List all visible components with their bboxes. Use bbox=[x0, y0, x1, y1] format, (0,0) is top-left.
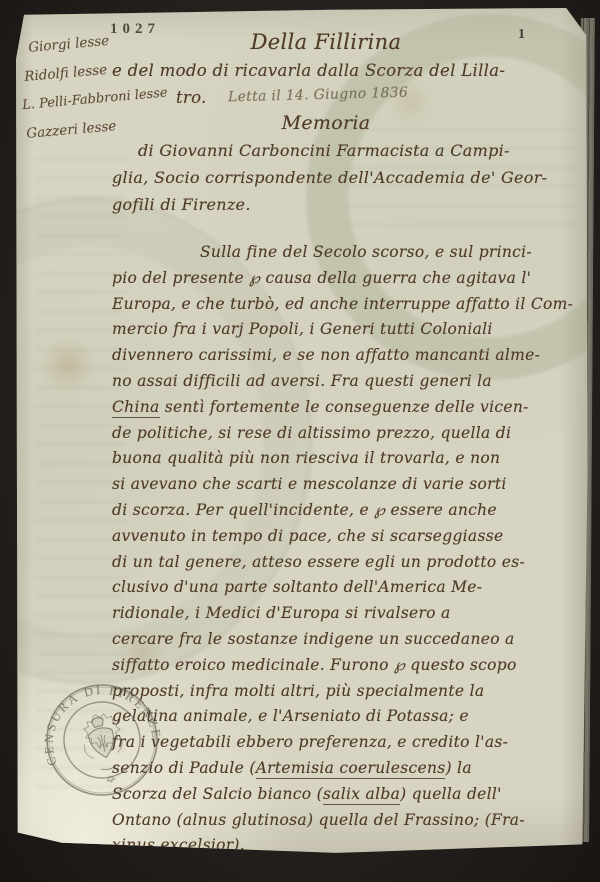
manuscript-line: di scorza. Per quell'incidente, e ℘ esse… bbox=[112, 498, 588, 524]
text-segment: pio del presente ℘ causa della guerra ch… bbox=[112, 269, 531, 287]
memoria-heading: Memoria bbox=[136, 112, 516, 134]
stamp-coat-of-arms bbox=[77, 710, 129, 774]
manuscript-line: mercio fra i varj Popoli, i Generi tutti… bbox=[112, 317, 588, 343]
document-title: Della Fillirina bbox=[136, 30, 516, 54]
manuscript-line: cercare fra le sostanze indigene un succ… bbox=[112, 627, 588, 653]
body-lines: Sulla fine del Secolo scorso, e sul prin… bbox=[112, 240, 588, 859]
text-segment: buona qualità più non riesciva il trovar… bbox=[112, 449, 500, 467]
manuscript-line: proposti, infra molti altri, più special… bbox=[112, 679, 588, 705]
text-segment: fra i vegetabili ebbero preferenza, e cr… bbox=[112, 733, 508, 751]
manuscript-photo: 1027 1 Giorgi lesseRidolfi lesseL. Pelli… bbox=[0, 0, 600, 882]
manuscript-line: siffatto eroico medicinale. Furono ℘ que… bbox=[112, 653, 588, 679]
text-segment: di un tal genere, atteso essere egli un … bbox=[112, 553, 525, 571]
text-segment: mercio fra i varj Popoli, i Generi tutti… bbox=[112, 320, 493, 338]
manuscript-line: pio del presente ℘ causa della guerra ch… bbox=[112, 266, 588, 292]
reading-date-note: Letta il 14. Giugno 1836 bbox=[228, 85, 408, 106]
text-segment: avvenuto in tempo di pace, che si scarse… bbox=[112, 527, 503, 545]
text-segment: di scorza. Per quell'incidente, e ℘ esse… bbox=[112, 501, 497, 519]
text-segment: no assai difficili ad aversi. Fra questi… bbox=[112, 372, 492, 390]
manuscript-line: di un tal genere, atteso essere egli un … bbox=[112, 550, 588, 576]
underlined-term: Artemisia coerulescens bbox=[256, 759, 446, 779]
subtitle-line-2: tro. bbox=[176, 88, 207, 107]
manuscript-line: si avevano che scarti e mescolanze di va… bbox=[112, 472, 588, 498]
text-segment: clusivo d'una parte soltanto dell'Americ… bbox=[112, 578, 482, 596]
text-segment: de politiche, si rese di altissimo prezz… bbox=[112, 424, 511, 442]
underlined-term: salix alba bbox=[323, 785, 400, 805]
manuscript-line: avvenuto in tempo di pace, che si scarse… bbox=[112, 524, 588, 550]
text-segment: cercare fra le sostanze indigene un succ… bbox=[112, 630, 515, 648]
text-segment: sentì fortemente le conseguenze delle vi… bbox=[160, 398, 529, 416]
manuscript-page: 1027 1 Giorgi lesseRidolfi lesseL. Pelli… bbox=[16, 8, 588, 858]
manuscript-line: gelatina animale, e l'Arseniato di Potas… bbox=[112, 704, 588, 730]
manuscript-line: divennero carissimi, e se non affatto ma… bbox=[112, 343, 588, 369]
manuscript-line: Ontano (alnus glutinosa) quella del Fras… bbox=[112, 808, 588, 834]
manuscript-line: Sulla fine del Secolo scorso, e sul prin… bbox=[112, 240, 588, 266]
manuscript-line: ridionale, i Medici d'Europa si rivalser… bbox=[112, 601, 588, 627]
text-segment: gelatina animale, e l'Arseniato di Potas… bbox=[112, 707, 469, 725]
author-line-1: di Giovanni Carboncini Farmacista a Camp… bbox=[138, 141, 510, 160]
text-segment: ) la bbox=[445, 759, 471, 777]
author-line-3: gofili di Firenze. bbox=[112, 195, 251, 214]
manuscript-line: senzio di Padule (Artemisia coerulescens… bbox=[112, 756, 588, 782]
author-line-2: glia, Socio corrispondente dell'Accademi… bbox=[112, 168, 547, 187]
text-segment: ridionale, i Medici d'Europa si rivalser… bbox=[112, 604, 451, 622]
text-segment: Ontano (alnus glutinosa) quella del Fras… bbox=[112, 811, 525, 829]
text-segment: siffatto eroico medicinale. Furono ℘ que… bbox=[112, 656, 517, 674]
manuscript-line: buona qualità più non riesciva il trovar… bbox=[112, 446, 588, 472]
text-segment: Sulla fine del Secolo scorso, e sul prin… bbox=[200, 243, 532, 261]
text-segment: ) quella dell' bbox=[400, 785, 502, 803]
text-segment: proposti, infra molti altri, più special… bbox=[112, 682, 484, 700]
text-segment: divennero carissimi, e se non affatto ma… bbox=[112, 346, 540, 364]
manuscript-line: China sentì fortemente le conseguenze de… bbox=[112, 395, 588, 421]
text-segment: . bbox=[240, 836, 245, 854]
page-number: 1 bbox=[518, 27, 525, 43]
text-segment: si avevano che scarti e mescolanze di va… bbox=[112, 475, 507, 493]
text-segment: Europa, e che turbò, ed anche interruppe… bbox=[112, 295, 573, 313]
manuscript-line: de politiche, si rese di altissimo prezz… bbox=[112, 421, 588, 447]
manuscript-line: clusivo d'una parte soltanto dell'Americ… bbox=[112, 575, 588, 601]
manuscript-line: xinus excelsior). bbox=[112, 833, 588, 859]
underlined-term: China bbox=[112, 398, 160, 418]
underlined-term: xinus excelsior) bbox=[112, 836, 240, 856]
manuscript-line: no assai difficili ad aversi. Fra questi… bbox=[112, 369, 588, 395]
manuscript-line: Scorza del Salcio bianco (salix alba) qu… bbox=[112, 782, 588, 808]
manuscript-line: fra i vegetabili ebbero preferenza, e cr… bbox=[112, 730, 588, 756]
manuscript-line: Europa, e che turbò, ed anche interruppe… bbox=[112, 292, 588, 318]
subtitle-line-1: e del modo di ricavarla dalla Scorza del… bbox=[112, 61, 505, 80]
